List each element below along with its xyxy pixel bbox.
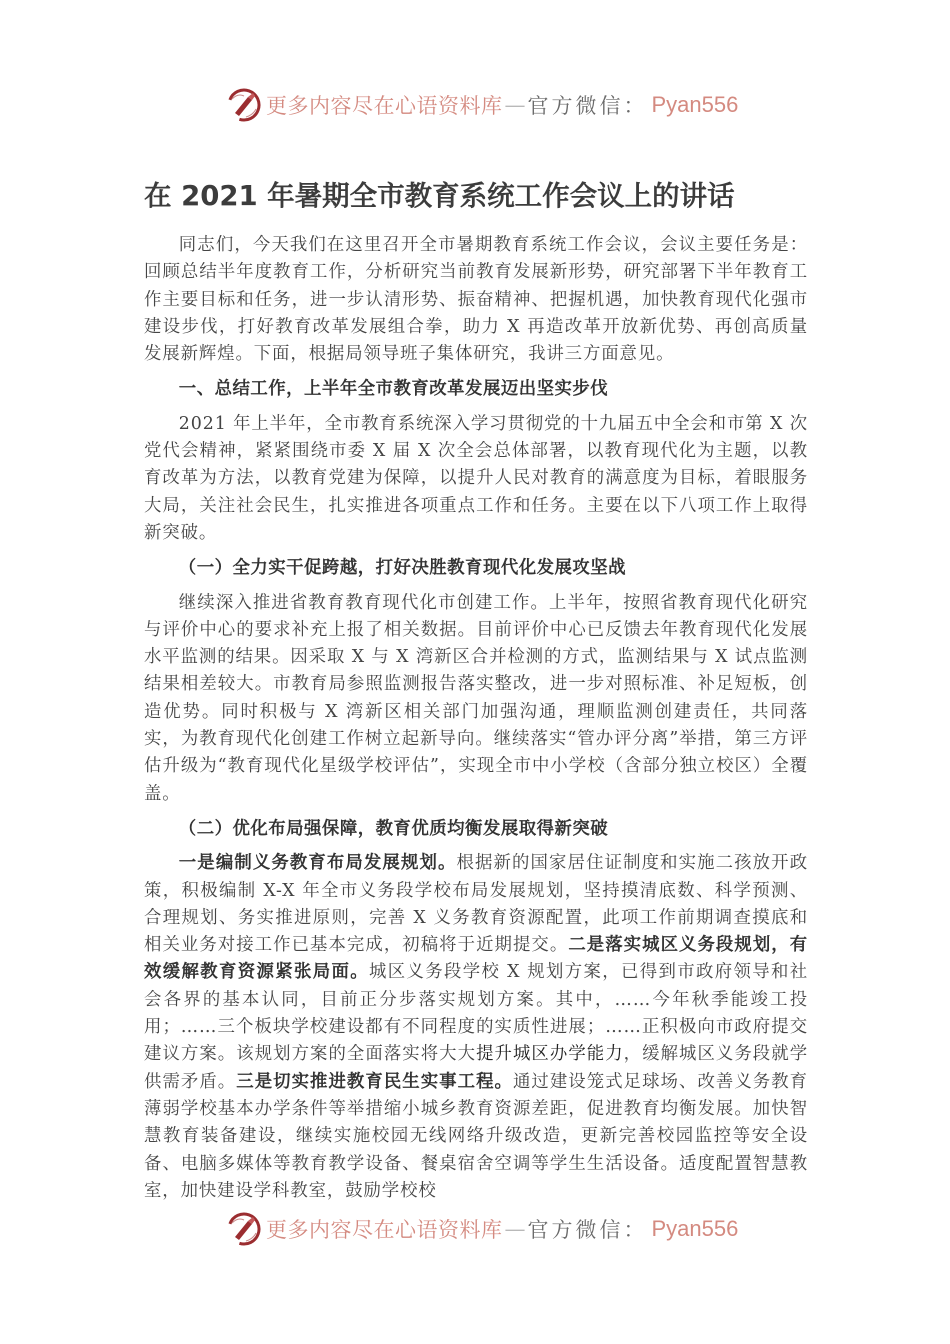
wechat-label: 官方微信： <box>528 1214 648 1244</box>
wechat-label: 官方微信： <box>528 90 648 120</box>
document-body: 同志们，今天我们在这里召开全市暑期教育系统工作会议，会议主要任务是：回顾总结半年… <box>144 232 808 1205</box>
section-1-heading: 一、总结工作，上半年全市教育改革发展迈出坚实步伐 <box>144 376 808 403</box>
promo-text: 更多内容尽在心语资料库 <box>266 90 503 120</box>
section-1-paragraph: 2021 年上半年，全市教育系统深入学习贯彻党的十九届五中全会和市第 X 次党代… <box>144 411 808 547</box>
promo-text: 更多内容尽在心语资料库 <box>266 1214 503 1244</box>
header-banner: 更多内容尽在心语资料库 — 官方微信： Pyan556 <box>226 85 738 125</box>
page-title: 在 2021 年暑期全市教育系统工作会议上的讲话 <box>144 176 824 216</box>
point-2-emphasis: 提升城区办学能力 <box>476 1044 624 1064</box>
footer-banner: 更多内容尽在心语资料库 — 官方微信： Pyan556 <box>226 1209 738 1249</box>
subsection-1-paragraph: 继续深入推进省教育教育现代化市创建工作。上半年，按照省教育现代化研究与评价中心的… <box>144 590 808 808</box>
quill-pen-circle-logo-icon <box>226 1211 262 1247</box>
intro-paragraph: 同志们，今天我们在这里召开全市暑期教育系统工作会议，会议主要任务是：回顾总结半年… <box>144 232 808 368</box>
wechat-id: Pyan556 <box>652 92 739 118</box>
point-1-lead: 一是编制义务教育布局发展规划。 <box>179 853 457 873</box>
subsection-2-heading: （二）优化布局强保障，教育优质均衡发展取得新突破 <box>144 816 808 843</box>
subsection-2-paragraph: 一是编制义务教育布局发展规划。根据新的国家居住证制度和实施二孩放开政策，积极编制… <box>144 850 808 1205</box>
subsection-1-heading: （一）全力实干促跨越，打好决胜教育现代化发展攻坚战 <box>144 555 808 582</box>
wechat-id: Pyan556 <box>652 1216 739 1242</box>
separator-dash: — <box>505 1217 526 1241</box>
quill-pen-circle-logo-icon <box>226 87 262 123</box>
separator-dash: — <box>505 93 526 117</box>
point-3-lead: 三是切实推进教育民生实事工程。 <box>236 1072 513 1092</box>
